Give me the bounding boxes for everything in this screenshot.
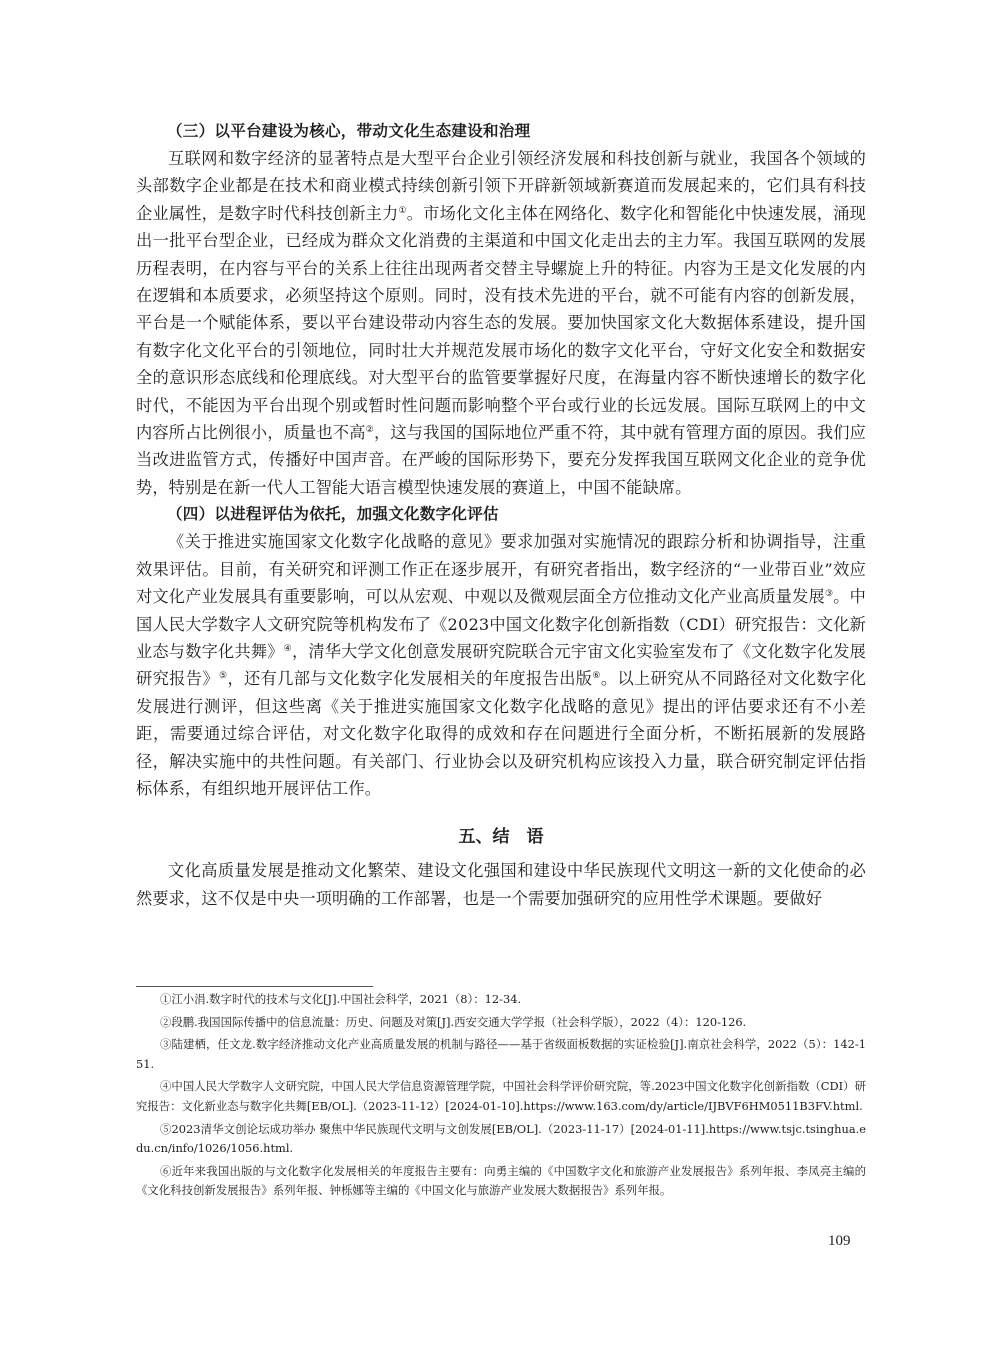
section-heading-4: （四）以进程评估为依托，加强文化数字化评估 [136, 501, 866, 528]
paragraph-text: 《关于推进实施国家文化数字化战略的意见》要求加强对实施情况的跟踪分析和协调指导，… [136, 532, 866, 606]
footnote-divider [136, 986, 373, 987]
section-3-paragraph: 互联网和数字经济的显著特点是大型平台企业引领经济发展和科技创新与就业，我国各个领… [136, 145, 866, 501]
footnote-1: ①江小涓.数字时代的技术与文化[J].中国社会科学，2021（8）：12-34. [136, 990, 866, 1010]
page-number: 109 [828, 1233, 851, 1250]
section-heading-3: （三）以平台建设为核心，带动文化生态建设和治理 [136, 118, 866, 145]
footnote-5: ⑤2023清华文创论坛成功举办 聚焦中华民族现代文明与文创发展[EB/OL].（… [136, 1120, 866, 1159]
footnote-ref-6[interactable]: ⑥ [592, 671, 600, 681]
paragraph-text: 。市场化文化主体在网络化、数字化和智能化中快速发展，涌现出一批平台型企业，已经成… [136, 204, 866, 442]
section-heading-5: 五、结 语 [136, 822, 866, 852]
page-body: （三）以平台建设为核心，带动文化生态建设和治理 互联网和数字经济的显著特点是大型… [136, 118, 866, 912]
footnote-ref-1[interactable]: ① [398, 206, 406, 216]
footnote-ref-2[interactable]: ② [366, 425, 374, 435]
footnote-ref-4[interactable]: ④ [284, 644, 292, 654]
section-5-paragraph: 文化高质量发展是推动文化繁荣、建设文化强国和建设中华民族现代文明这一新的文化使命… [136, 857, 866, 912]
footnote-6: ⑥近年来我国出版的与文化数字化发展相关的年度报告主要有：向勇主编的《中国数字文化… [136, 1162, 866, 1201]
footnote-2: ②段鹏.我国国际传播中的信息流量：历史、问题及对策[J].西安交通大学学报（社会… [136, 1013, 866, 1033]
footnote-4: ④中国人民大学数字人文研究院，中国人民大学信息资源管理学院，中国社会科学评价研究… [136, 1077, 866, 1116]
footnotes: ①江小涓.数字时代的技术与文化[J].中国社会科学，2021（8）：12-34.… [136, 990, 866, 1204]
section-4-paragraph: 《关于推进实施国家文化数字化战略的意见》要求加强对实施情况的跟踪分析和协调指导，… [136, 528, 866, 802]
footnote-3: ③陆建栖，任文龙.数字经济推动文化产业高质量发展的机制与路径——基于省级面板数据… [136, 1035, 866, 1074]
paragraph-text: ，还有几部与文化数字化发展相关的年度报告出版 [227, 669, 592, 688]
paragraph-text: 。以上研究从不同路径对文化数字化发展进行测评，但这些离《关于推进实施国家文化数字… [136, 669, 866, 798]
